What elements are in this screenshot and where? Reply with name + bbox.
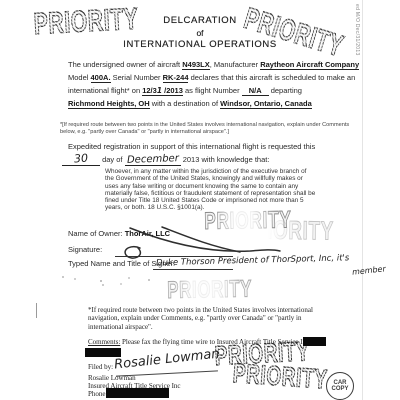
month-handwritten: December bbox=[126, 153, 178, 166]
redaction-fax-number bbox=[303, 337, 326, 346]
fold-mark bbox=[36, 303, 37, 318]
scan-noise-dots bbox=[62, 276, 64, 278]
redaction-phone bbox=[106, 388, 169, 398]
day-blank: 30 bbox=[62, 152, 100, 166]
destination-value: Windsor, Ontario, Canada bbox=[220, 99, 312, 109]
expedited-line: Expedited registration in support of thi… bbox=[68, 142, 315, 151]
declaration-line-1: The undersigned owner of aircraft N493LX… bbox=[68, 58, 368, 71]
text-manufacturer: , Manufacturer bbox=[210, 60, 260, 69]
origin-value: Richmond Heights, OH bbox=[68, 99, 150, 109]
text-departing: departing bbox=[269, 86, 302, 95]
text-destination: with a destination of bbox=[150, 99, 220, 108]
flight-date-post: /2013 bbox=[162, 86, 183, 95]
text-year-knowledge: 2013 with knowledge that: bbox=[181, 155, 270, 164]
redaction-line-2 bbox=[85, 348, 121, 357]
route-footnote: *If required route between two points in… bbox=[88, 306, 338, 331]
car-copy-line-2: COPY bbox=[331, 386, 348, 392]
model-value: 400A. bbox=[91, 73, 111, 83]
text-flight-on: international flight* on bbox=[68, 86, 142, 95]
comments-label: Comments: bbox=[88, 338, 120, 346]
text-owner-of-aircraft: The undersigned owner of aircraft bbox=[68, 60, 182, 69]
priority-stamp-faded: PRIORITY bbox=[167, 276, 252, 305]
filer-name: Rosalie Lowman bbox=[88, 374, 136, 382]
phone-label: Phone bbox=[88, 390, 106, 398]
declaration-line-3: international flight* on 12/31 /2013 as … bbox=[68, 84, 368, 97]
aircraft-registration: N493LX bbox=[182, 60, 210, 70]
legal-quote: Whoever, in any matter within the jurisd… bbox=[105, 168, 317, 212]
declaration-line-2: Model 400A. Serial Number RK-244 declare… bbox=[68, 71, 368, 84]
declaration-line-4: Richmond Heights, OH with a destination … bbox=[68, 97, 368, 110]
text-serial-number: Serial Number bbox=[111, 73, 163, 82]
comments-line: Comments: Please fax the flying time wir… bbox=[88, 338, 328, 346]
document-page: ed M/O Dec/31/2013 PRIORITY PRIORITY PRI… bbox=[0, 0, 400, 400]
document-title: DELCARATION of INTERNATIONAL OPERATIONS bbox=[0, 16, 400, 50]
declaration-paragraph: The undersigned owner of aircraft N493LX… bbox=[68, 58, 368, 110]
title-line-3: INTERNATIONAL OPERATIONS bbox=[0, 40, 400, 50]
signature-label: Signature: bbox=[68, 245, 102, 254]
title-line-2: of bbox=[0, 28, 400, 38]
priority-stamp-bottom-2: PRIORITY bbox=[232, 358, 329, 396]
flight-date-value: 12/31 /2013 bbox=[142, 86, 183, 96]
filed-by-label: Filed by: bbox=[88, 363, 113, 371]
title-line-1: DELCARATION bbox=[0, 16, 400, 26]
text-declares: declares that this aircraft is scheduled… bbox=[188, 73, 355, 82]
car-copy-stamp: CAR COPY bbox=[326, 372, 354, 400]
month-blank: December bbox=[125, 154, 181, 166]
flight-number-value: N/A bbox=[242, 86, 269, 96]
filer-signature: Rosalie Lowman bbox=[114, 347, 221, 373]
flight-date-pre: 12/3 bbox=[142, 86, 157, 95]
typed-name-handwritten-2: member bbox=[352, 264, 387, 276]
manufacturer-value: Raytheon Aircraft Company bbox=[260, 60, 359, 70]
typed-name-rule bbox=[153, 269, 233, 270]
text-flight-number: as flight Number bbox=[183, 86, 242, 95]
comments-text: Please fax the flying time wire to Insur… bbox=[120, 338, 318, 346]
text-model: Model bbox=[68, 73, 91, 82]
text-day-of: day of bbox=[100, 155, 125, 164]
serial-number-value: RK-244 bbox=[163, 73, 189, 83]
date-line: 30 day of December 2013 with knowledge t… bbox=[62, 152, 269, 166]
day-handwritten: 30 bbox=[74, 152, 89, 166]
route-footnote-small: *[If required route between two points i… bbox=[60, 122, 352, 135]
